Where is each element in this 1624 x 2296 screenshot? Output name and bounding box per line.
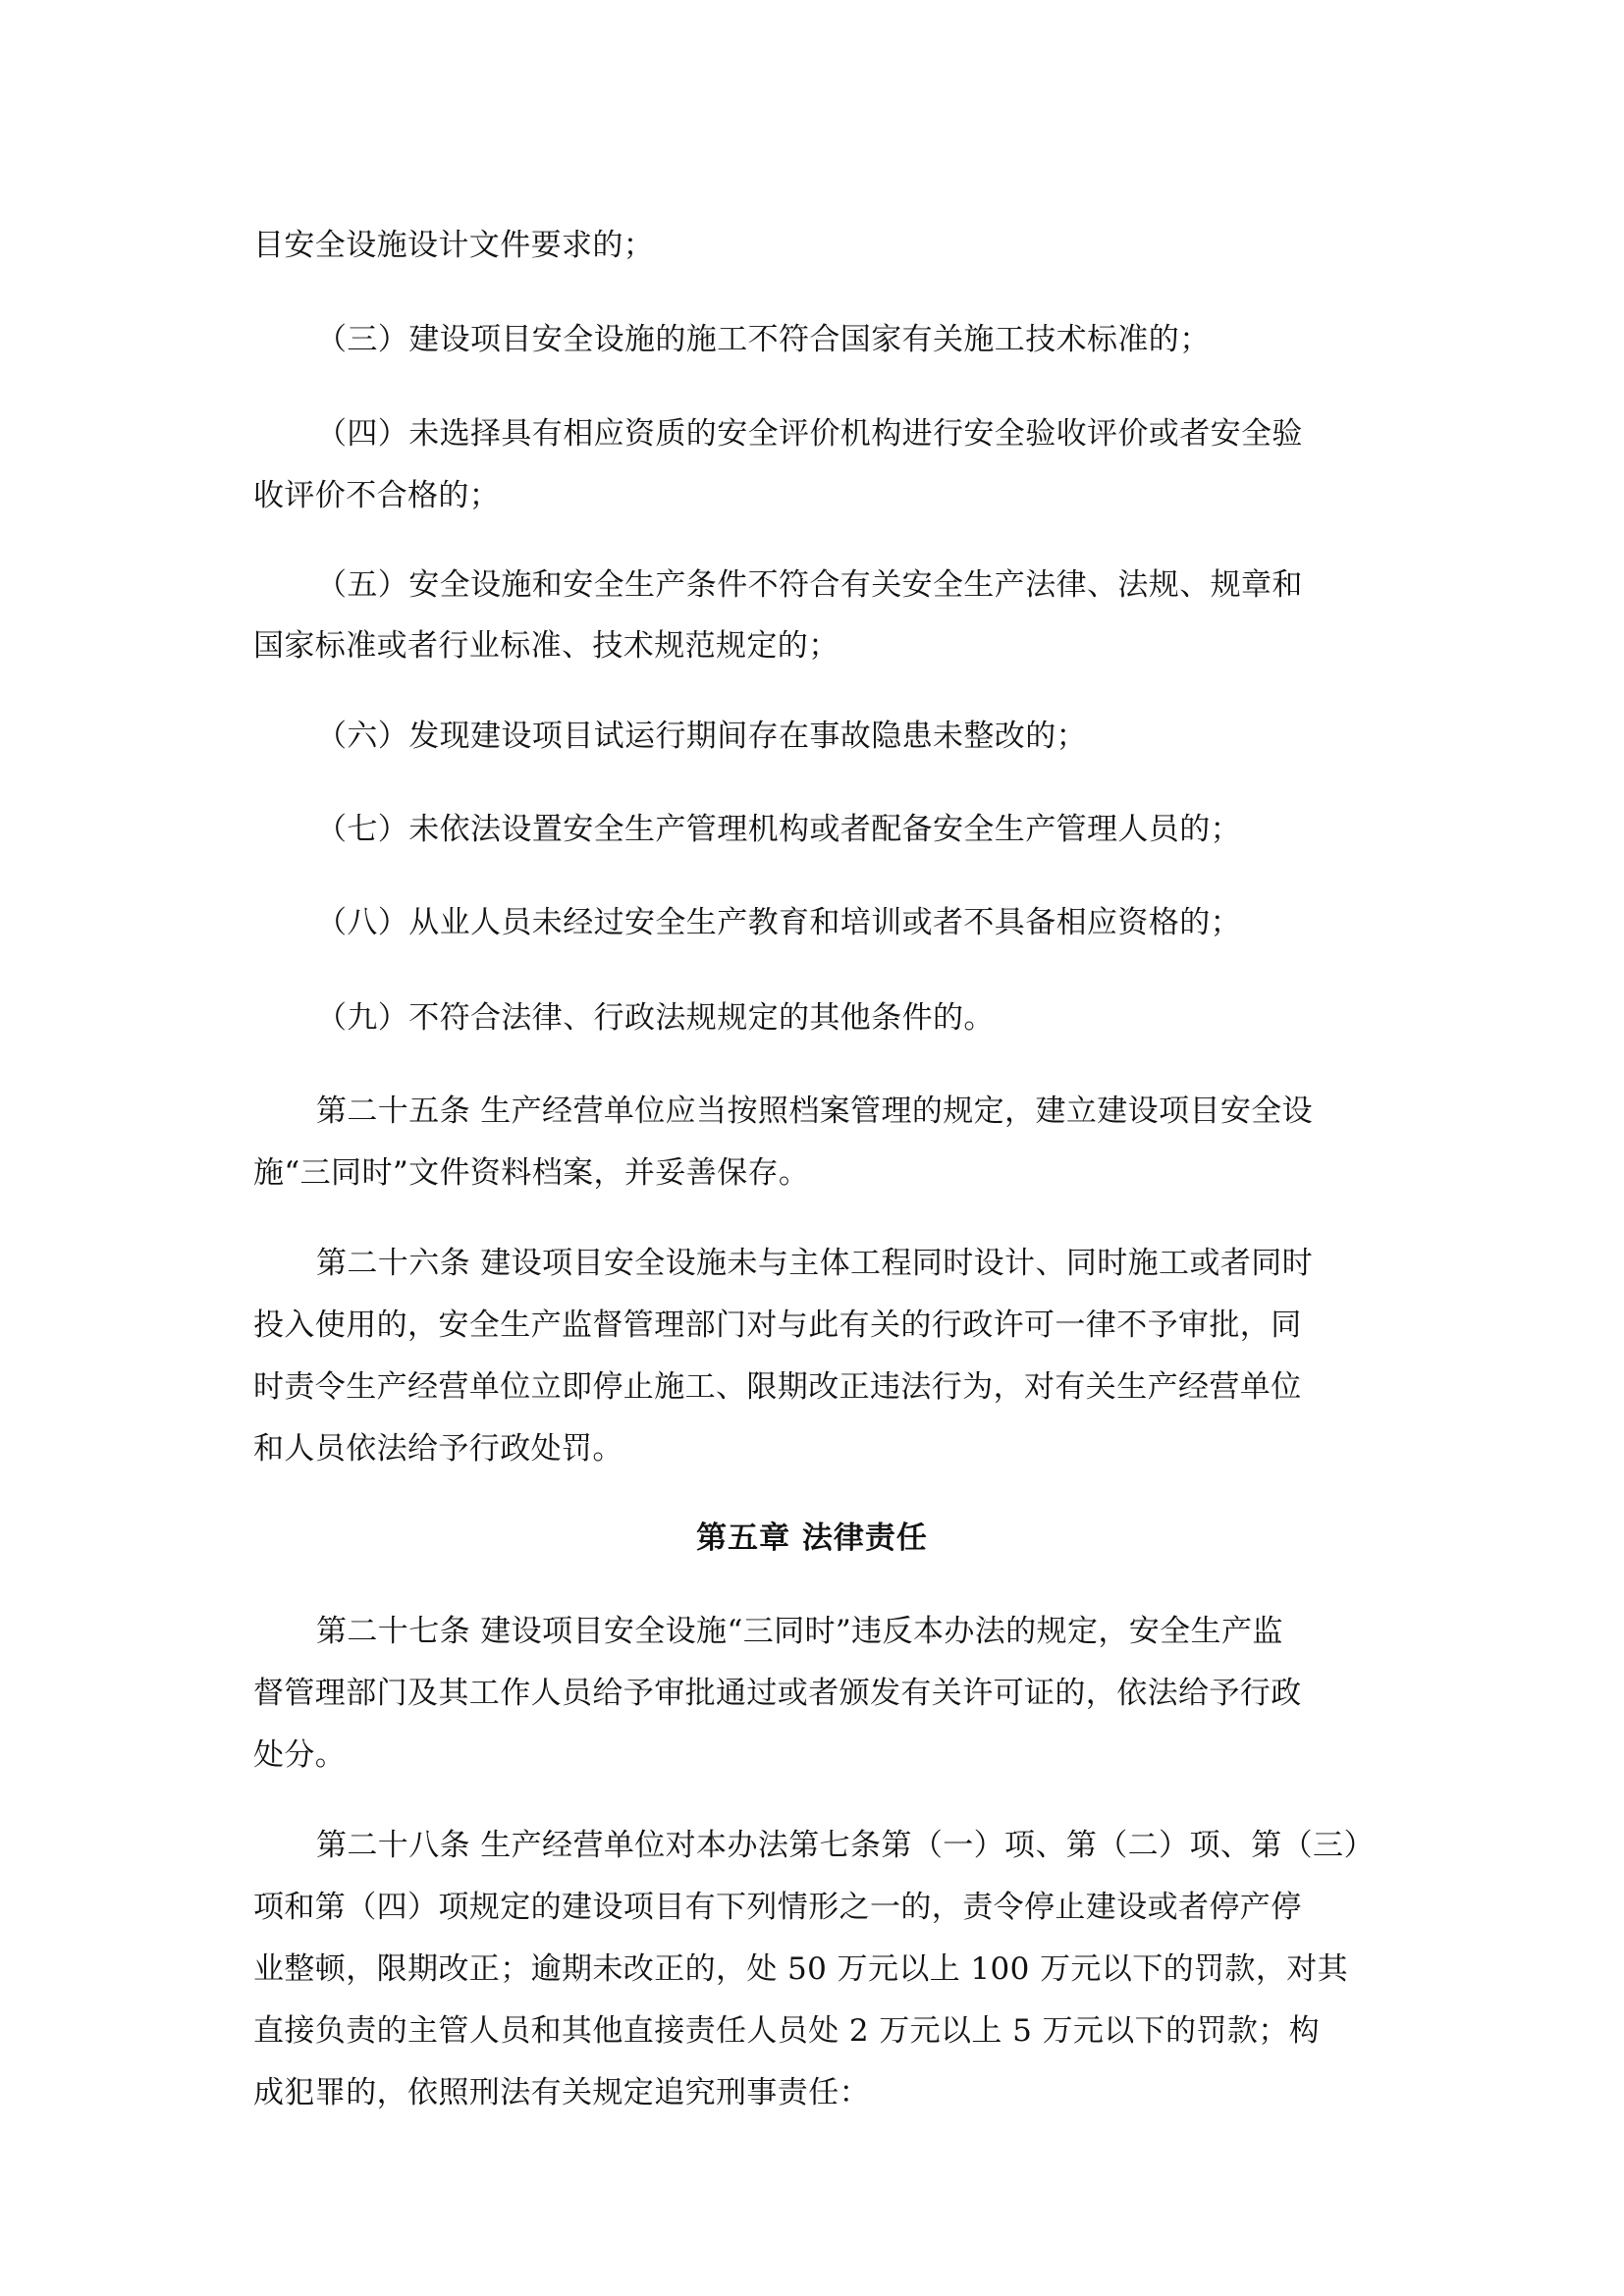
list-item-7: （七）未依法设置安全生产管理机构或者配备安全生产管理人员的；: [316, 810, 1241, 849]
article-26-cont: 投入使用的，安全生产监督管理部门对与此有关的行政许可一律不予审批，同: [253, 1306, 1302, 1345]
chapter-heading: 第五章 法律责任: [0, 1519, 1624, 1558]
list-item-6: （六）发现建设项目试运行期间存在事故隐患未整改的；: [316, 717, 1087, 756]
article-26-cont: 和人员依法给予行政处罚。: [253, 1429, 623, 1468]
list-item-4: （四）未选择具有相应资质的安全评价机构进行安全验收评价或者安全验: [316, 414, 1303, 454]
article-27-cont: 督管理部门及其工作人员给予审批通过或者颁发有关许可证的，依法给予行政: [253, 1674, 1302, 1713]
document-page: 目安全设施设计文件要求的； （三）建设项目安全设施的施工不符合国家有关施工技术标…: [0, 0, 1624, 2296]
article-26: 第二十六条 建设项目安全设施未与主体工程同时设计、同时施工或者同时: [316, 1244, 1313, 1283]
list-item-3: （三）建设项目安全设施的施工不符合国家有关施工技术标准的；: [316, 320, 1211, 359]
article-25: 第二十五条 生产经营单位应当按照档案管理的规定，建立建设项目安全设: [316, 1092, 1313, 1131]
article-27-cont: 处分。: [253, 1735, 346, 1775]
article-25-cont: 施“三同时”文件资料档案，并妥善保存。: [253, 1153, 809, 1193]
list-item-4-cont: 收评价不合格的；: [253, 476, 500, 515]
article-28-cont: 成犯罪的，依照刑法有关规定追究刑事责任：: [253, 2073, 870, 2112]
article-28-cont: 直接负责的主管人员和其他直接责任人员处 2 万元以上 5 万元以下的罚款；构: [253, 2011, 1320, 2051]
list-item-5-cont: 国家标准或者行业标准、技术规范规定的；: [253, 626, 839, 666]
article-28-cont: 业整顿，限期改正；逾期未改正的，处 50 万元以上 100 万元以下的罚款，对其: [253, 1949, 1348, 1989]
article-28-cont: 项和第（四）项规定的建设项目有下列情形之一的，责令停止建设或者停产停: [253, 1888, 1302, 1927]
article-28: 第二十八条 生产经营单位对本办法第七条第（一）项、第（二）项、第（三）: [316, 1826, 1375, 1865]
list-item-5: （五）安全设施和安全生产条件不符合有关安全生产法律、法规、规章和: [316, 565, 1303, 605]
list-item-8: （八）从业人员未经过安全生产教育和培训或者不具备相应资格的；: [316, 903, 1241, 942]
article-26-cont: 时责令生产经营单位立即停止施工、限期改正违法行为，对有关生产经营单位: [253, 1367, 1302, 1407]
paragraph-line: 目安全设施设计文件要求的；: [253, 226, 654, 265]
list-item-9: （九）不符合法律、行政法规规定的其他条件的。: [316, 998, 995, 1038]
article-27: 第二十七条 建设项目安全设施“三同时”违反本办法的规定，安全生产监: [316, 1612, 1283, 1651]
